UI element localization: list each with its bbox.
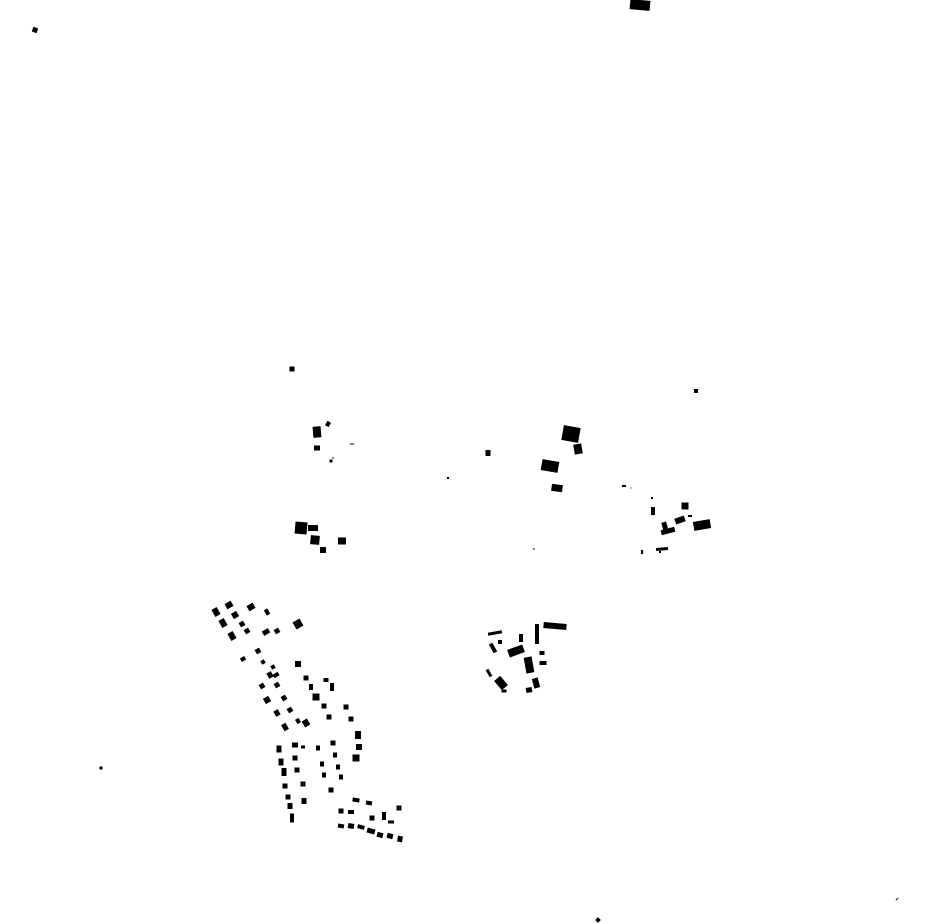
building-footprint xyxy=(336,765,340,770)
building-footprint xyxy=(320,547,326,553)
building-footprint-map xyxy=(0,0,930,924)
building-footprint xyxy=(561,425,580,443)
building-footprint xyxy=(344,705,349,710)
building-footprint xyxy=(651,507,655,515)
building-footprint xyxy=(641,550,643,554)
building-footprint xyxy=(339,809,344,814)
building-footprint xyxy=(526,687,533,693)
building-footprint xyxy=(338,538,346,545)
building-footprint xyxy=(353,755,360,762)
building-footprint xyxy=(349,717,354,722)
building-footprint xyxy=(659,551,661,553)
building-footprint xyxy=(498,640,502,644)
building-footprint xyxy=(293,756,298,761)
building-footprint xyxy=(540,661,547,665)
building-footprint xyxy=(682,503,689,510)
building-footprint xyxy=(308,525,318,531)
building-footprint xyxy=(355,731,361,739)
building-footprint xyxy=(100,767,103,770)
building-footprint xyxy=(316,746,320,751)
building-footprint xyxy=(279,759,284,766)
building-footprint xyxy=(295,768,300,773)
building-footprint xyxy=(295,661,301,667)
building-footprint xyxy=(327,715,332,720)
building-footprint xyxy=(535,624,539,644)
building-footprint xyxy=(382,812,386,820)
building-footprint xyxy=(622,485,626,487)
building-footprint xyxy=(294,521,307,534)
building-footprint xyxy=(348,823,355,829)
building-footprint xyxy=(309,684,313,690)
building-footprint xyxy=(356,744,362,750)
building-footprint xyxy=(322,704,327,709)
building-footprint xyxy=(313,694,320,701)
building-footprint xyxy=(292,743,298,748)
building-footprint xyxy=(320,762,324,767)
building-footprint xyxy=(486,450,491,456)
building-footprint xyxy=(277,746,282,753)
building-footprint xyxy=(348,810,354,814)
building-footprint xyxy=(651,497,653,499)
building-footprint xyxy=(333,753,337,758)
building-footprint xyxy=(397,836,403,843)
building-footprint xyxy=(630,0,651,11)
building-footprint xyxy=(283,784,288,789)
building-footprint xyxy=(310,535,320,545)
building-footprint xyxy=(502,690,507,693)
building-footprint xyxy=(688,515,692,517)
building-footprint xyxy=(331,741,336,746)
map-background xyxy=(0,0,930,924)
building-footprint xyxy=(631,488,632,489)
building-footprint xyxy=(304,676,309,681)
building-footprint xyxy=(330,460,333,463)
building-footprint xyxy=(519,634,523,642)
building-footprint xyxy=(694,389,698,393)
building-footprint xyxy=(573,443,583,454)
building-footprint xyxy=(350,444,354,445)
building-footprint xyxy=(290,814,294,823)
building-footprint xyxy=(286,795,291,800)
building-footprint xyxy=(447,477,449,479)
building-footprint xyxy=(329,788,334,793)
building-footprint xyxy=(533,549,535,550)
building-footprint xyxy=(314,446,320,451)
building-footprint xyxy=(288,803,293,809)
building-footprint xyxy=(388,821,394,824)
building-footprint xyxy=(282,768,287,776)
building-footprint xyxy=(330,683,334,691)
building-footprint xyxy=(322,773,326,778)
building-footprint xyxy=(301,782,306,787)
building-footprint xyxy=(540,651,545,655)
building-footprint xyxy=(302,798,307,804)
building-footprint xyxy=(339,775,343,780)
building-footprint xyxy=(301,746,305,749)
building-footprint xyxy=(370,816,375,821)
building-footprint xyxy=(290,367,295,372)
building-footprint xyxy=(397,806,402,811)
building-footprint xyxy=(324,678,329,682)
building-footprint xyxy=(313,426,322,438)
